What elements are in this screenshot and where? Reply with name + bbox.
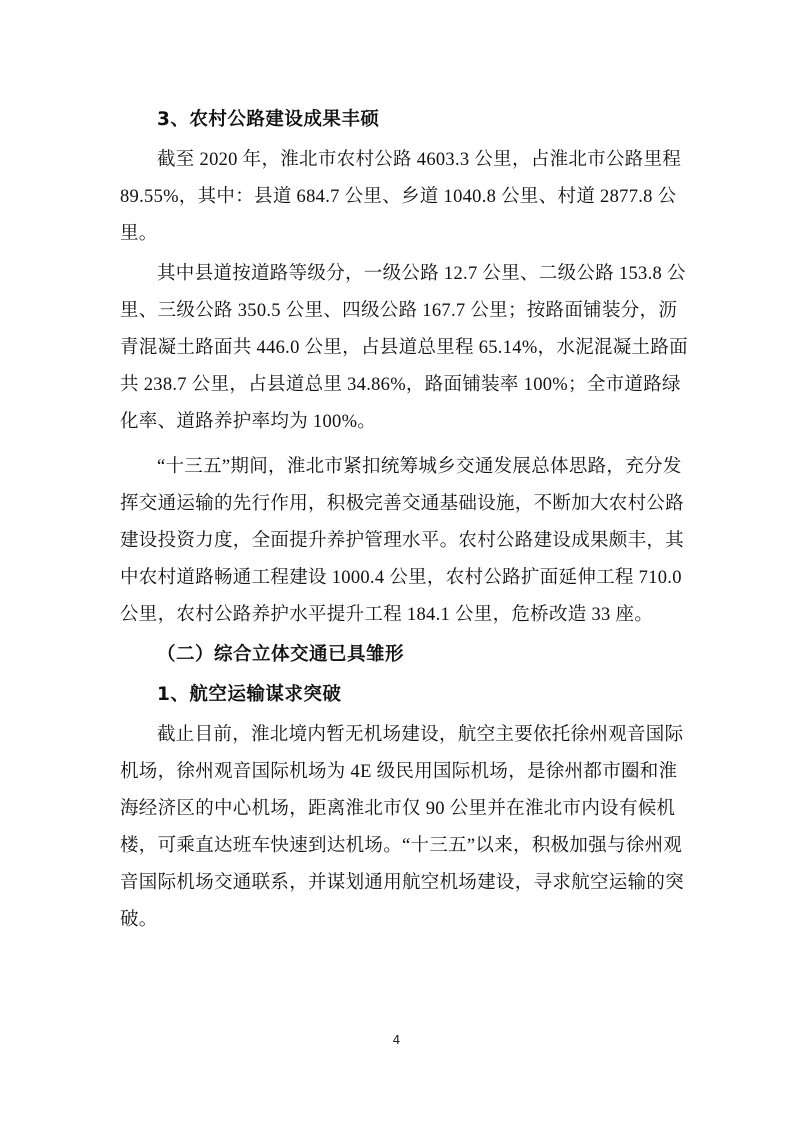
section-heading-rural-roads: 3、农村公路建设成果丰硕: [157, 108, 379, 132]
paragraph-line: 海经济区的中心机场，距离淮北市仅 90 公里并在淮北市内设有候机: [120, 797, 673, 821]
paragraph-line: 建设投资力度，全面提升养护管理水平。农村公路建设成果颇丰，其: [120, 529, 673, 553]
paragraph-line: 里。: [120, 222, 673, 246]
paragraph-line: 破。: [120, 908, 673, 932]
paragraph-line: 中农村道路畅通工程建设 1000.4 公里，农村公路扩面延伸工程 710.0: [120, 566, 673, 590]
paragraph-line: 挥交通运输的先行作用，积极完善交通基础设施，不断加大农村公路: [120, 492, 673, 516]
page-number: 4: [0, 1033, 793, 1047]
paragraph-line: “十三五”期间，淮北市紧扣统筹城乡交通发展总体思路，充分发: [157, 455, 673, 479]
paragraph-line: 公里，农村公路养护水平提升工程 184.1 公里，危桥改造 33 座。: [120, 603, 673, 627]
paragraph-line: 截止目前，淮北境内暂无机场建设，航空主要依托徐州观音国际: [157, 723, 673, 747]
paragraph-line: 音国际机场交通联系，并谋划通用航空机场建设，寻求航空运输的突: [120, 871, 673, 895]
paragraph-line: 89.55%，其中：县道 684.7 公里、乡道 1040.8 公里、村道 28…: [120, 185, 673, 209]
document-page: 3、农村公路建设成果丰硕 截至 2020 年，淮北市农村公路 4603.3 公里…: [0, 0, 793, 1122]
paragraph-line: 其中县道按道路等级分，一级公路 12.7 公里、二级公路 153.8 公: [157, 262, 673, 286]
paragraph-line: 截至 2020 年，淮北市农村公路 4603.3 公里，占淮北市公路里程: [157, 148, 673, 172]
paragraph-line: 化率、道路养护率均为 100%。: [120, 410, 673, 434]
section-heading-aviation: 1、航空运输谋求突破: [157, 683, 341, 707]
paragraph-line: 共 238.7 公里，占县道总里 34.86%，路面铺装率 100%；全市道路绿: [120, 373, 673, 397]
paragraph-line: 楼，可乘直达班车快速到达机场。“十三五”以来，积极加强与徐州观: [120, 834, 673, 858]
paragraph-line: 青混凝土路面共 446.0 公里，占县道总里程 65.14%，水泥混凝土路面: [120, 336, 673, 360]
section-heading-integrated-transport: （二）综合立体交通已具雏形: [157, 643, 404, 667]
paragraph-line: 机场，徐州观音国际机场为 4E 级民用国际机场，是徐州都市圈和淮: [120, 760, 673, 784]
paragraph-line: 里、三级公路 350.5 公里、四级公路 167.7 公里；按路面铺装分，沥: [120, 299, 673, 323]
